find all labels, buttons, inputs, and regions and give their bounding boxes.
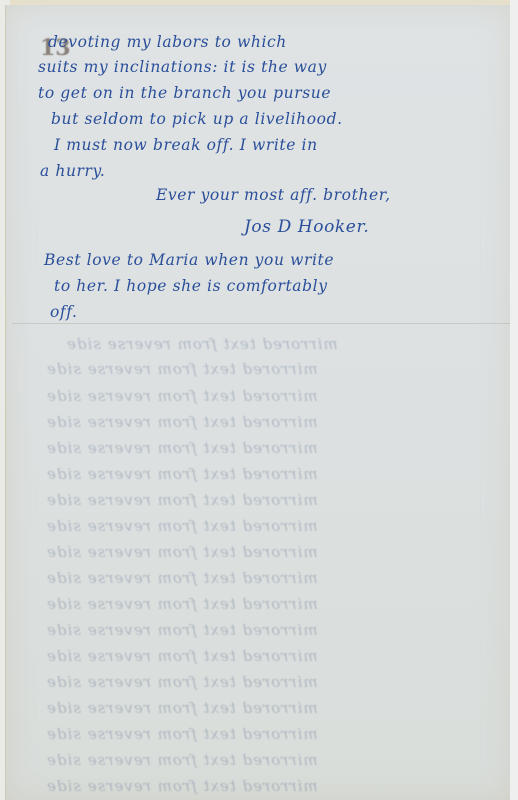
signature: Jos D Hooker. xyxy=(244,217,369,237)
bleed-through-text: mirrored text from reverse side xyxy=(46,413,318,431)
text-line: suits my inclinations: it is the way xyxy=(38,58,327,76)
text-line: to get on in the branch you pursue xyxy=(38,84,331,102)
bleed-through-text: mirrored text from reverse side xyxy=(46,360,318,378)
bleed-through-text: mirrored text from reverse side xyxy=(46,751,318,769)
bleed-through-text: mirrored text from reverse side xyxy=(46,699,318,717)
bleed-through-text: mirrored text from reverse side xyxy=(46,673,318,691)
postscript-line: off. xyxy=(50,303,78,321)
text-line: but seldom to pick up a livelihood. xyxy=(51,110,343,128)
document-scan: 13 devoting my labors to which suits my … xyxy=(0,0,518,800)
bleed-through-text: mirrored text from reverse side xyxy=(46,491,318,509)
text-line: a hurry. xyxy=(40,162,105,180)
bleed-through-text: mirrored text from reverse side xyxy=(46,439,318,457)
text-line: devoting my labors to which xyxy=(48,33,287,51)
bleed-through-text: mirrored text from reverse side xyxy=(46,647,318,665)
bleed-through-text: mirrored text from reverse side xyxy=(46,517,318,535)
bleed-through-text: mirrored text from reverse side xyxy=(46,621,318,639)
fold-line xyxy=(12,323,510,324)
letter-sheet: 13 devoting my labors to which suits my … xyxy=(5,5,512,800)
closing-line: Ever your most aff. brother, xyxy=(156,186,391,204)
bleed-through-text: mirrored text from reverse side xyxy=(46,777,318,795)
bleed-through-text: mirrored text from reverse side xyxy=(46,387,318,405)
bleed-through-text: mirrored text from reverse side xyxy=(46,543,318,561)
postscript-line: to her. I hope she is comfortably xyxy=(54,277,328,295)
bleed-through-text: mirrored text from reverse side xyxy=(46,569,318,587)
bleed-through-text: mirrored text from reverse side xyxy=(46,465,318,483)
bleed-through-text: mirrored text from reverse side xyxy=(46,595,318,613)
text-line: I must now break off. I write in xyxy=(54,136,318,154)
postscript-line: Best love to Maria when you write xyxy=(44,251,334,269)
bleed-through-text: mirrored text from reverse side xyxy=(46,725,318,743)
scan-margin xyxy=(510,0,518,800)
bleed-through-text: mirrored text from reverse side xyxy=(66,335,338,353)
